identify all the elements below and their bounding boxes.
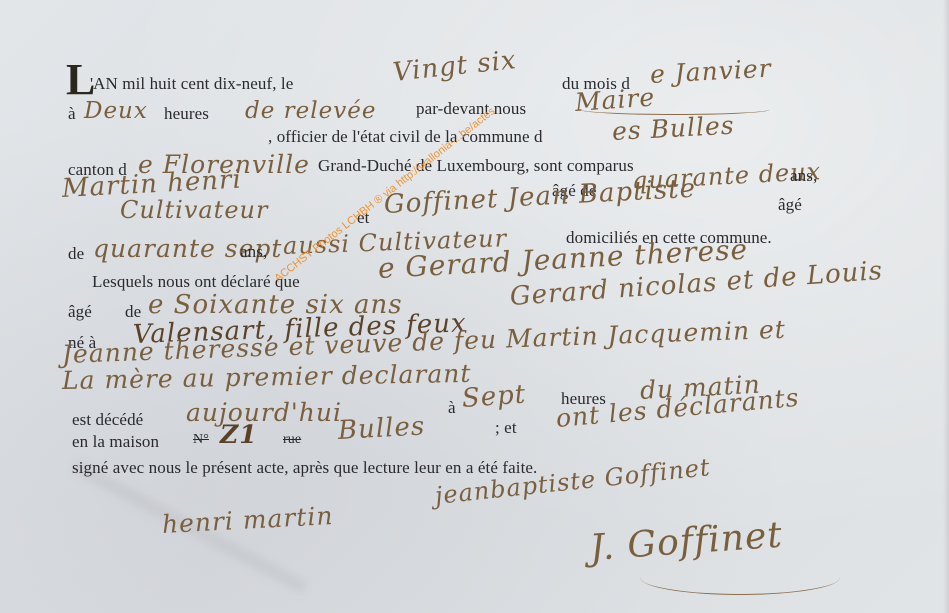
printed-officier-text: , officier de l'état civil de la commune… bbox=[268, 127, 543, 147]
document-scan: L 'AN mil huit cent dix-neuf, le Vingt s… bbox=[0, 0, 949, 613]
printed-age-3: âgé bbox=[68, 302, 92, 322]
printed-year-text: 'AN mil huit cent dix-neuf, le bbox=[90, 74, 293, 94]
signature-henri-martin: henri martin bbox=[161, 501, 334, 539]
handwritten-month: e Janvier bbox=[649, 54, 772, 89]
printed-lesquels: Lesquels nous ont déclaré que bbox=[92, 272, 300, 292]
printed-age-2: âgé bbox=[778, 195, 802, 215]
printed-rue: rue bbox=[283, 432, 301, 448]
handwritten-commune: es Bulles bbox=[611, 111, 735, 146]
printed-par-devant-nous: par-devant nous bbox=[416, 99, 526, 119]
handwritten-declarant1-occupation: Cultivateur bbox=[120, 196, 268, 224]
printed-de-2: de bbox=[68, 244, 84, 264]
printed-ans-1: ans, bbox=[790, 166, 817, 186]
printed-ans-2: ans, bbox=[240, 242, 267, 262]
printed-et-2: ; et bbox=[495, 418, 517, 438]
printed-est-decede: est décédé bbox=[72, 410, 143, 430]
handwritten-death-hour: Sept bbox=[461, 380, 527, 414]
handwritten-street: Bulles bbox=[337, 411, 426, 446]
printed-en-la-maison: en la maison bbox=[72, 432, 159, 452]
handwritten-hour: Deux bbox=[84, 98, 148, 124]
handwritten-time-of-day: de relevée bbox=[245, 98, 376, 124]
handwritten-house-number: Z1 bbox=[220, 420, 258, 449]
printed-numero: N° bbox=[193, 432, 209, 448]
handwritten-declarant2-name: Goffinet Jean Baptiste bbox=[383, 174, 696, 220]
handwritten-death-day: aujourd'hui bbox=[186, 398, 342, 427]
printed-a-2: à bbox=[448, 398, 456, 418]
handwritten-day: Vingt six bbox=[391, 45, 518, 88]
printed-a: à bbox=[68, 104, 76, 124]
printed-grand-duche: Grand-Duché de Luxembourg, sont comparus bbox=[318, 156, 634, 176]
printed-signe-avec-nous: signé avec nous le présent acte, après q… bbox=[72, 458, 537, 478]
printed-heures: heures bbox=[164, 104, 209, 124]
handwritten-relationship: La mère au premier declarant bbox=[62, 359, 472, 395]
signature-flourish bbox=[640, 560, 840, 595]
